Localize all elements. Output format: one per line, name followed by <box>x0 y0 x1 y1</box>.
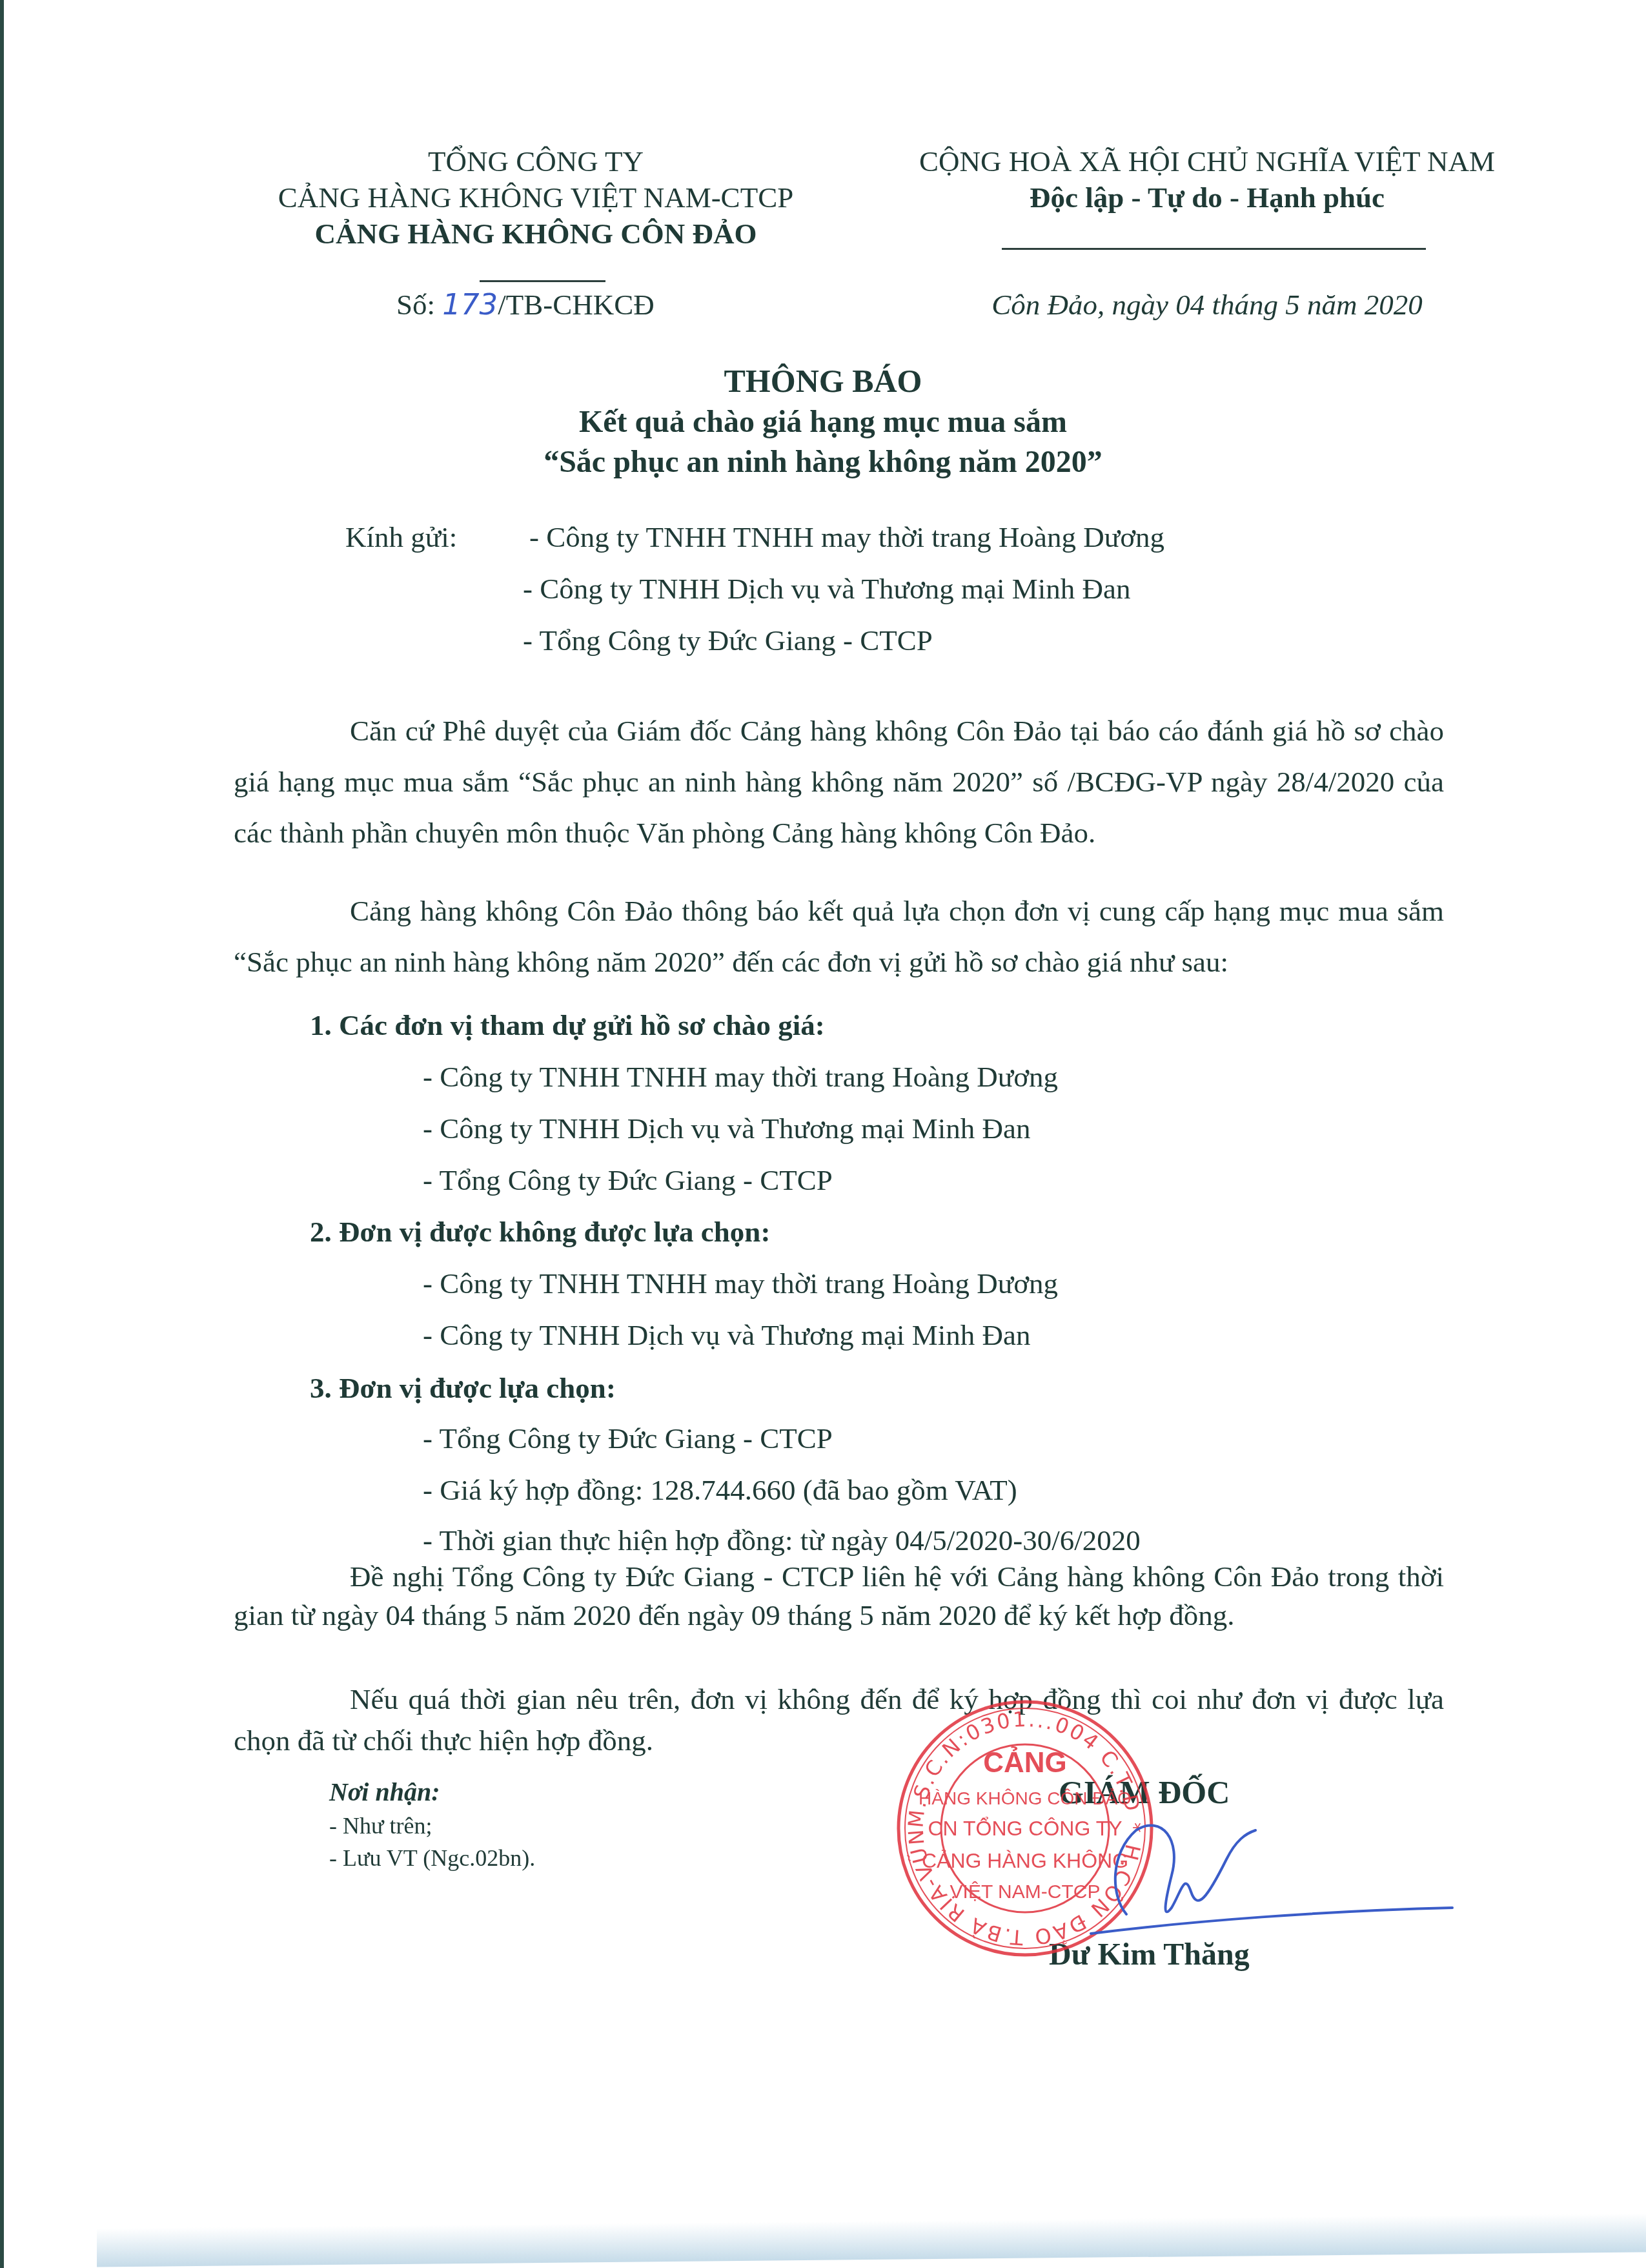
svg-text:CẢNG: CẢNG <box>983 1746 1067 1779</box>
svg-text:CN TỔNG CÔNG TY: CN TỔNG CÔNG TY <box>928 1817 1122 1840</box>
svg-text:M.S.C.N:0301...004 C.T.D * H.C: M.S.C.N:0301...004 C.T.D * H.CÔN ĐẢO T.B… <box>0 0 1146 1950</box>
svg-text:HÀNG KHÔNG CÔN ĐẢO: HÀNG KHÔNG CÔN ĐẢO <box>919 1788 1132 1808</box>
official-stamp-icon: M.S.C.N:0301...004 C.T.D * H.CÔN ĐẢO T.B… <box>0 0 1152 1955</box>
stamp-and-signature: M.S.C.N:0301...004 C.T.D * H.CÔN ĐẢO T.B… <box>0 0 1646 2268</box>
svg-text:VIỆT NAM-CTCP: VIỆT NAM-CTCP <box>950 1881 1101 1903</box>
svg-text:CẢNG HÀNG KHÔNG: CẢNG HÀNG KHÔNG <box>922 1849 1128 1872</box>
